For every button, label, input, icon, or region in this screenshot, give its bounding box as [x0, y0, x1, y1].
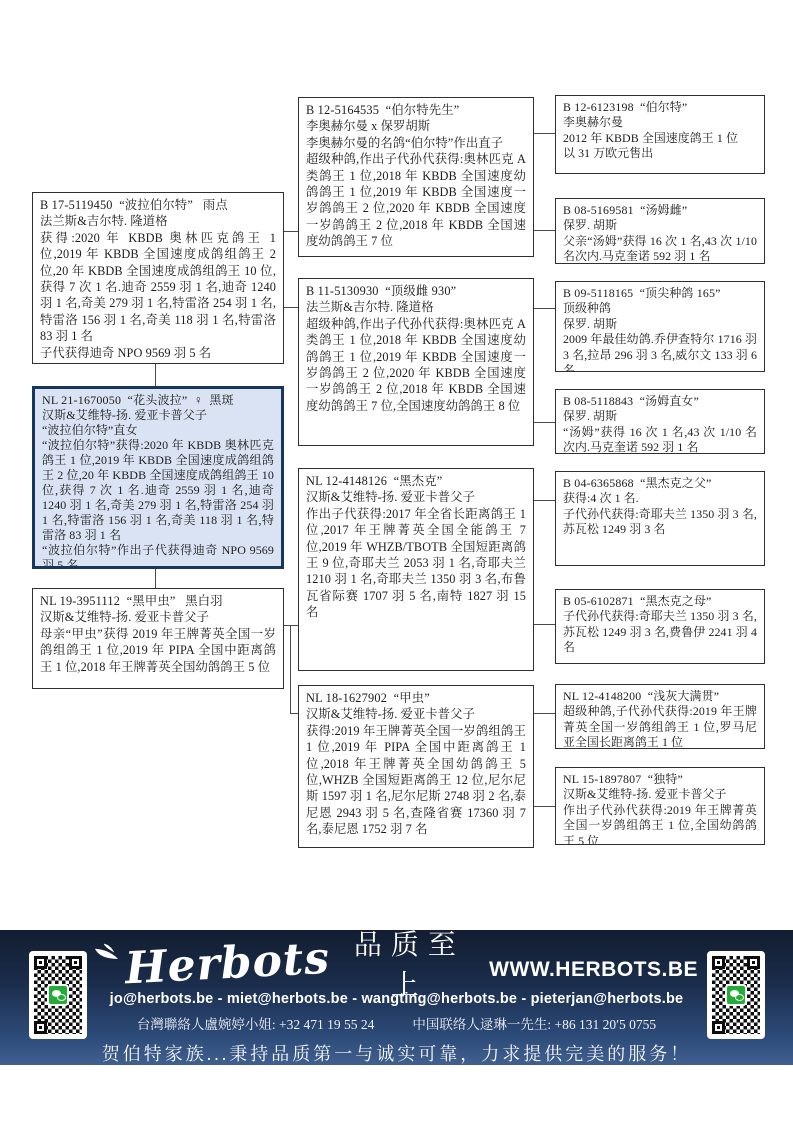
contact-taiwan: 台灣聯絡人盧婉婷小姐: +32 471 19 55 24 [137, 1013, 375, 1033]
text-line: 法兰斯&吉尔特. 隆道格 [306, 299, 526, 315]
text-line: 法兰斯&吉尔特. 隆道格 [40, 213, 276, 229]
pedigree-box-subject: NL 21-1670050 “花头波拉” ♀ 黑斑 汉斯&艾维特-扬. 爱亚卡普… [32, 386, 284, 569]
pedigree-connector-line [534, 713, 555, 714]
text-line: 获得:2019 年王牌菁英全国一岁鸽组鸽王 1 位,2019 年 PIPA 全国… [306, 723, 526, 838]
text-line: 超级种鸽,子代孙代获得:2019 年王牌菁英全国一岁鸽组鸽王 1 位,罗马尼亚全… [563, 704, 757, 749]
pedigree-box-dam-dam: NL 18-1627902 “甲虫” 汉斯&艾维特-扬. 爱亚卡普父子获得:20… [298, 685, 534, 848]
text-line: 保罗. 胡斯 [563, 218, 757, 233]
pigeon-id-title: B 08-5169581 “汤姆雌” [563, 203, 757, 218]
pigeon-details: 顶级种鸽保罗. 胡斯2009 年最佳幼鸽.乔伊查特尔 1716 羽 3 名,拉昂… [563, 301, 757, 372]
text-line: 以 31 万欧元售出 [563, 146, 757, 161]
pedigree-connector-line [534, 624, 555, 625]
pigeon-details: 子代孙代获得:奇耶夫兰 1350 羽 3 名,苏瓦松 1249 羽 3 名,费鲁… [563, 609, 757, 655]
pedigree-connector-line [155, 364, 156, 386]
pigeon-details: 汉斯&艾维特-扬. 爱亚卡普父子母亲“甲虫”获得 2019 年王牌菁英全国一岁鸽… [40, 609, 276, 675]
pedigree-box-sire: B 17-5119450 “波拉伯尔特” 雨点 法兰斯&吉尔特. 隆道格获得:2… [32, 192, 284, 364]
pedigree-box-ggp3: B 09-5118165 “顶尖种鸽 165” 顶级种鸽保罗. 胡斯2009 年… [555, 281, 765, 372]
text-line: 子代孙代获得:奇耶夫兰 1350 羽 3 名,苏瓦松 1249 羽 3 名,费鲁… [563, 609, 757, 655]
qr-finder-square [712, 956, 725, 969]
text-line: 超级种鸽,作出子代孙代获得:奥林匹克 A 类鸽王 1 位,2018 年 KBDB… [306, 316, 526, 414]
pedigree-box-dam: NL 19-3951112 “黑甲虫” 黑白羽 汉斯&艾维特-扬. 爱亚卡普父子… [32, 588, 284, 689]
text-line: 子代孙代获得:奇耶夫兰 1350 羽 3 名,苏瓦松 1249 羽 3 名 [563, 507, 757, 538]
text-line: 2009 年最佳幼鸽.乔伊查特尔 1716 羽 3 名,拉昂 296 羽 3 名… [563, 332, 757, 372]
qr-finder-square [34, 956, 47, 969]
pigeon-id-title: B 05-6102871 “黑杰克之母” [563, 594, 757, 609]
pigeon-id-title: B 08-5118843 “汤姆直女” [563, 394, 757, 409]
pigeon-id-title: B 11-5130930 “顶级雌 930” [306, 283, 526, 299]
text-line: 超级种鸽,作出子代孙代获得:奥林匹克 A 类鸽王 1 位,2018 年 KBDB… [306, 151, 526, 249]
pigeon-id-title: B 17-5119450 “波拉伯尔特” 雨点 [40, 197, 276, 213]
text-line: 获得:2020 年 KBDB 奥林匹克鸽王 1 位,2019 年 KBDB 全国… [40, 230, 276, 345]
pigeon-details: 保罗. 胡斯父亲“汤姆”获得 16 次 1 名,43 次 1/10 名次内.马克… [563, 218, 757, 264]
pigeon-id-title: B 04-6365868 “黑杰克之父” [563, 476, 757, 491]
pigeon-details: 法兰斯&吉尔特. 隆道格获得:2020 年 KBDB 奥林匹克鸽王 1 位,20… [40, 213, 276, 361]
pedigree-box-dam-sire: NL 12-4148126 “黑杰克” 汉斯&艾维特-扬. 爱亚卡普父子作出子代… [298, 468, 534, 671]
pedigree-page: B 17-5119450 “波拉伯尔特” 雨点 法兰斯&吉尔特. 隆道格获得:2… [0, 0, 793, 1122]
brand-row: Herbots 品质至上 WWW.HERBOTS.BE [95, 938, 698, 988]
text-line: 2012 年 KBDB 全国速度鸽王 1 位 [563, 131, 757, 146]
footer-content: Herbots 品质至上 WWW.HERBOTS.BE jo@herbots.b… [95, 938, 698, 1066]
text-line: 子代获得迪奇 NPO 9569 羽 5 名 [40, 345, 276, 361]
text-line: 作出子代孙代获得:2019 年王牌菁英全国一岁鸽组鸽王 1 位,全国幼鸽鸽王 5… [563, 803, 757, 845]
pigeon-details: 法兰斯&吉尔特. 隆道格超级种鸽,作出子代孙代获得:奥林匹克 A 类鸽王 1 位… [306, 299, 526, 414]
text-line: 汉斯&艾维特-扬. 爱亚卡普父子 [306, 706, 526, 722]
text-line: 汉斯&艾维特-扬. 爱亚卡普父子 [563, 787, 757, 802]
pedigree-connector-line [534, 230, 555, 231]
pigeon-details: 李奥赫尔曼 x 保罗胡斯李奥赫尔曼的名鸽“伯尔特”作出直子超级种鸽,作出子代孙代… [306, 118, 526, 249]
pedigree-connector-line [284, 307, 298, 308]
pedigree-connector-line [155, 569, 156, 588]
text-line: 保罗. 胡斯 [563, 317, 757, 332]
text-line: 李奥赫尔曼的名鸽“伯尔特”作出直子 [306, 135, 526, 151]
pedigree-box-sire-sire: B 12-5164535 “伯尔特先生” 李奥赫尔曼 x 保罗胡斯李奥赫尔曼的名… [298, 97, 534, 257]
pedigree-box-ggp5: B 04-6365868 “黑杰克之父” 获得:4 次 1 名.子代孙代获得:奇… [555, 471, 765, 566]
text-line: “波拉伯尔特”直女 [42, 423, 274, 438]
qr-finder-square [747, 956, 760, 969]
pedigree-connector-line [284, 231, 298, 232]
text-line: “汤姆”获得 16 次 1 名,43 次 1/10 名次内.马克奎诺 592 羽… [563, 425, 757, 454]
wechat-qr-code-right [707, 951, 765, 1039]
footer-tagline: 贺伯特家族...秉持品质第一与诚实可靠，力求提供完美的服务！ [95, 1040, 698, 1066]
wechat-icon [47, 984, 69, 1006]
pigeon-details: 汉斯&艾维特-扬. 爱亚卡普父子“波拉伯尔特”直女“波拉伯尔特”获得:2020 … [42, 408, 274, 569]
pedigree-box-ggp8: NL 15-1897807 “独特” 汉斯&艾维特-扬. 爱亚卡普父子作出子代孙… [555, 767, 765, 845]
pedigree-box-ggp6: B 05-6102871 “黑杰克之母” 子代孙代获得:奇耶夫兰 1350 羽 … [555, 589, 765, 664]
pedigree-connector-line [534, 500, 555, 501]
qr-finder-square [69, 956, 82, 969]
wechat-icon [725, 984, 747, 1006]
text-line: 汉斯&艾维特-扬. 爱亚卡普父子 [40, 609, 276, 625]
contact-row: 台灣聯絡人盧婉婷小姐: +32 471 19 55 24 中国联络人逯琳一先生:… [95, 1013, 698, 1033]
pigeon-id-title: B 12-5164535 “伯尔特先生” [306, 102, 526, 118]
leaf-flourish-icon [93, 940, 119, 966]
pedigree-box-ggp2: B 08-5169581 “汤姆雌” 保罗. 胡斯父亲“汤姆”获得 16 次 1… [555, 198, 765, 264]
text-line: 作出子代获得:2017 年全省长距离鸽王 1 位,2017 年王牌菁英全国全能鸽… [306, 506, 526, 621]
contact-china: 中国联络人逯琳一先生: +86 131 20′5 0755 [412, 1013, 656, 1033]
text-line: 汉斯&艾维特-扬. 爱亚卡普父子 [42, 408, 274, 423]
qr-finder-square [34, 1021, 47, 1034]
pedigree-connector-line [284, 625, 298, 626]
pedigree-connector-line [534, 308, 555, 309]
pigeon-details: 超级种鸽,子代孙代获得:2019 年王牌菁英全国一岁鸽组鸽王 1 位,罗马尼亚全… [563, 704, 757, 749]
pigeon-id-title: NL 15-1897807 “独特” [563, 772, 757, 787]
pedigree-connector-line [534, 806, 555, 807]
text-line: 获得:4 次 1 名. [563, 491, 757, 506]
pedigree-connector-line [290, 625, 291, 714]
pigeon-details: 汉斯&艾维特-扬. 爱亚卡普父子作出子代孙代获得:2019 年王牌菁英全国一岁鸽… [563, 787, 757, 845]
wechat-qr-code-left [29, 951, 87, 1039]
footer-banner: Herbots 品质至上 WWW.HERBOTS.BE jo@herbots.b… [0, 930, 793, 1065]
qr-pattern [712, 956, 760, 1034]
pedigree-box-ggp7: NL 12-4148200 “浅灰大满贯” 超级种鸽,子代孙代获得:2019 年… [555, 684, 765, 749]
pedigree-box-ggp1: B 12-6123198 “伯尔特” 李奥赫尔曼2012 年 KBDB 全国速度… [555, 95, 765, 174]
pedigree-box-sire-dam: B 11-5130930 “顶级雌 930” 法兰斯&吉尔特. 隆道格超级种鸽,… [298, 278, 534, 446]
pigeon-details: 汉斯&艾维特-扬. 爱亚卡普父子作出子代获得:2017 年全省长距离鸽王 1 位… [306, 489, 526, 620]
herbots-logo: Herbots [124, 932, 331, 994]
pedigree-connector-line [534, 422, 555, 423]
email-links[interactable]: jo@herbots.be - miet@herbots.be - wangti… [95, 991, 698, 1007]
pigeon-id-title: NL 21-1670050 “花头波拉” ♀ 黑斑 [42, 393, 274, 408]
text-line: 李奥赫尔曼 x 保罗胡斯 [306, 118, 526, 134]
pedigree-connector-line [534, 133, 555, 134]
qr-pattern [34, 956, 82, 1034]
text-line: 母亲“甲虫”获得 2019 年王牌菁英全国一岁鸽组鸽王 1 位,2019 年 P… [40, 626, 276, 675]
text-line: 汉斯&艾维特-扬. 爱亚卡普父子 [306, 489, 526, 505]
pigeon-id-title: B 09-5118165 “顶尖种鸽 165” [563, 286, 757, 301]
qr-finder-square [712, 1021, 725, 1034]
pigeon-details: 获得:4 次 1 名.子代孙代获得:奇耶夫兰 1350 羽 3 名,苏瓦松 12… [563, 491, 757, 537]
pigeon-details: 李奥赫尔曼2012 年 KBDB 全国速度鸽王 1 位以 31 万欧元售出 [563, 115, 757, 161]
text-line: 李奥赫尔曼 [563, 115, 757, 130]
pigeon-id-title: NL 18-1627902 “甲虫” [306, 690, 526, 706]
pigeon-id-title: B 12-6123198 “伯尔特” [563, 100, 757, 115]
pedigree-connector-line [290, 713, 298, 714]
pigeon-id-title: NL 12-4148200 “浅灰大满贯” [563, 689, 757, 704]
pigeon-id-title: NL 19-3951112 “黑甲虫” 黑白羽 [40, 593, 276, 609]
text-line: 保罗. 胡斯 [563, 409, 757, 424]
pigeon-id-title: NL 12-4148126 “黑杰克” [306, 473, 526, 489]
pigeon-details: 汉斯&艾维特-扬. 爱亚卡普父子获得:2019 年王牌菁英全国一岁鸽组鸽王 1 … [306, 706, 526, 837]
text-line: 父亲“汤姆”获得 16 次 1 名,43 次 1/10 名次内.马克奎诺 592… [563, 234, 757, 264]
website-link[interactable]: WWW.HERBOTS.BE [489, 958, 698, 988]
text-line: “波拉伯尔特”作出子代获得迪奇 NPO 9569 羽 5 名 [42, 543, 274, 569]
pedigree-box-ggp4: B 08-5118843 “汤姆直女” 保罗. 胡斯“汤姆”获得 16 次 1 … [555, 389, 765, 454]
text-line: 顶级种鸽 [563, 301, 757, 316]
pigeon-details: 保罗. 胡斯“汤姆”获得 16 次 1 名,43 次 1/10 名次内.马克奎诺… [563, 409, 757, 454]
text-line: “波拉伯尔特”获得:2020 年 KBDB 奥林匹克鸽王 1 位,2019 年 … [42, 438, 274, 543]
